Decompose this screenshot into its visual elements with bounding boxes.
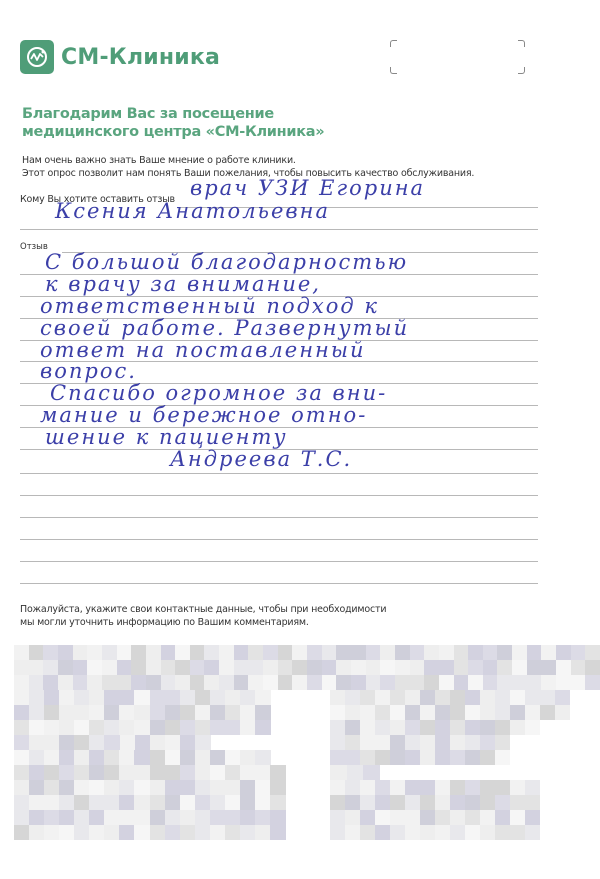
review-rule: [20, 583, 538, 584]
contact-instructions: Пожалуйста, укажите свои контактные данн…: [20, 603, 440, 629]
review-line: вопрос.: [40, 359, 137, 383]
review-line: мание и бережное отно-: [40, 403, 367, 427]
review-line: Спасибо огромное за вни-: [50, 381, 387, 405]
intro-line-1: Нам очень важно знать Ваше мнение о рабо…: [22, 154, 562, 167]
recipient-line-2: [20, 229, 538, 230]
title-line-2: медицинского центра «СМ-Клиника»: [22, 123, 422, 141]
recipient-value-2[interactable]: Ксения Анатольевна: [55, 199, 330, 223]
review-label: Отзыв: [20, 242, 48, 252]
review-line: своей работе. Развернутый: [40, 316, 409, 340]
clinic-name: СМ-Клиника: [61, 45, 220, 70]
contact-line-1: Пожалуйста, укажите свои контактные данн…: [20, 603, 440, 616]
review-line: к врачу за внимание,: [45, 272, 321, 296]
heartbeat-logo-icon: [20, 40, 54, 74]
review-line: шение к пациенту: [45, 425, 288, 449]
review-line: Андреева Т.С.: [170, 447, 352, 471]
review-rule: [20, 539, 538, 540]
review-line: ответственный подход к: [40, 294, 379, 318]
contact-line-2: мы могли уточнить информацию по Вашим ко…: [20, 616, 440, 629]
title-line-1: Благодарим Вас за посещение: [22, 105, 422, 123]
review-rule: [20, 495, 538, 496]
clinic-logo: СМ-Клиника: [20, 40, 220, 74]
stamp-area: [390, 40, 525, 74]
review-rule: [20, 561, 538, 562]
review-rule: [20, 473, 538, 474]
recipient-value-1[interactable]: врач УЗИ Егорина: [190, 176, 425, 200]
review-line: С большой благодарностью: [45, 250, 408, 274]
review-rule: [20, 517, 538, 518]
redacted-contact-fields: [0, 630, 600, 879]
page-title: Благодарим Вас за посещение медицинского…: [22, 105, 422, 141]
